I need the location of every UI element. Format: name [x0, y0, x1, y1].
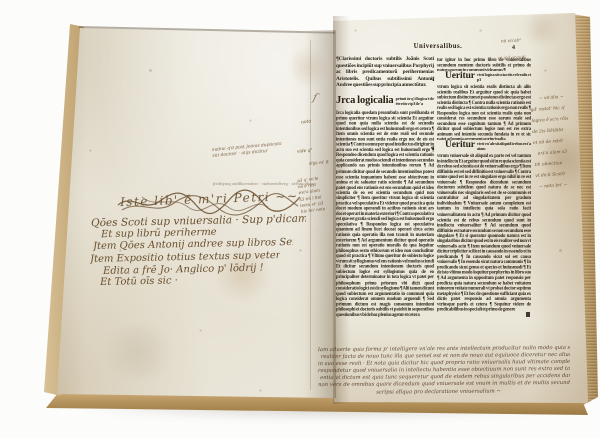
photo-of-open-incunabulum: audiui q'd post Joānis duplicata sūt doc…	[0, 0, 600, 438]
gutter-shadow-right	[333, 16, 350, 404]
bottom-margin-annotation: Iam aduerte quia forma p' intelligere vn…	[318, 345, 570, 397]
query-heading-2: Ueritur	[445, 141, 475, 151]
stain-left-bottom	[96, 326, 180, 378]
query-heading-row-1: Ueritur vtrū logica sit scīa rōis vel re…	[437, 72, 531, 82]
section-heading-row: Jrca logicalia primū ōr q'd logica ē de …	[336, 96, 434, 107]
right-margin-annotations: ~ vn'alia ~ gd' notat' hic q' logica ē s…	[530, 90, 595, 193]
show-through-mirrored-print: predicamēta · perihermēias · vniuersalib…	[116, 181, 316, 186]
query-heading-row-2: Ueritur vtrū vn'ale sit aliquid ī rebus …	[437, 141, 531, 151]
paragraph-letter: q	[431, 76, 435, 82]
column-right-body-2: vtrum vniuersale sit aliquid ex parte re…	[437, 153, 531, 344]
query-heading-1: Ueritur	[445, 72, 475, 82]
top-margin-annotation: nō vn'alr'	[501, 38, 522, 44]
section-heading-side-note: primū ōr q'd logica ē de ēte rōis vt p3 …	[396, 96, 434, 106]
folio-number: 4	[512, 45, 515, 51]
top-margin-annotation: p' q'd arguit'	[498, 56, 526, 62]
text-column-right-upper: vtrum logica sit scientia realis distinc…	[437, 84, 531, 140]
gutter-shadow-left	[305, 30, 336, 398]
text-column-right-lower: vtrum vniuersale sit aliquid ex parte re…	[437, 153, 531, 344]
query-side-note-1: vtrū logica sit scīa rōis vel realis vt …	[477, 72, 531, 82]
column-right-body-1: vtrum logica sit scientia realis distinc…	[437, 84, 531, 140]
inscription-line: Et Totū oīs sic ·	[100, 275, 195, 288]
column-left-body: Irca logicalia quedam preambula sunt pre…	[336, 110, 434, 344]
paragraph-letter: q	[431, 145, 435, 151]
stain-top-right	[516, 16, 568, 42]
incipit-paragraph: ¶Clarissimi doctoris subtilis Joānis Sco…	[336, 56, 434, 96]
running-header: Universalibus.	[388, 43, 488, 50]
foxing-speckles	[0, 0, 1, 1]
query-side-note-2: vtrū vn'ale sit aliquid ī rebus ext'a aī…	[477, 141, 531, 151]
text-column-left: Irca logicalia quedam preambula sunt pre…	[336, 110, 434, 344]
